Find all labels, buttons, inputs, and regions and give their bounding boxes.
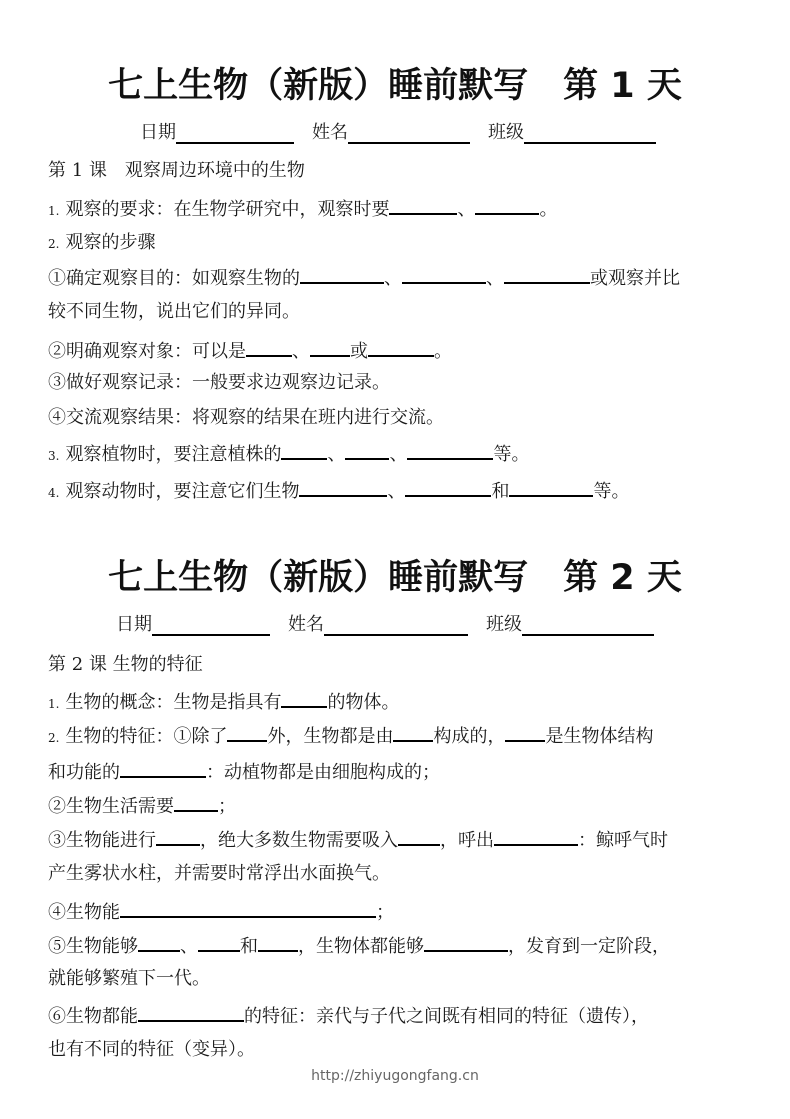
text: 和功能的 (48, 762, 120, 783)
day2-char-4: ④生物能； (48, 898, 394, 926)
text: 。 (539, 199, 557, 220)
text: ，呼出 (440, 830, 494, 851)
day1-item-1: 1.观察的要求：在生物学研究中，观察时要、。 (48, 195, 557, 224)
text: 生物的概念：生物是指具有 (65, 692, 281, 713)
text: 和 (240, 936, 258, 957)
class-label: 班级 (488, 118, 524, 144)
text: ②明确观察对象：可以是 (48, 341, 246, 362)
text: 或观察并比 (590, 268, 680, 289)
blank[interactable] (227, 722, 267, 742)
day1-info-row: 日期 姓名 班级 (140, 118, 674, 144)
text: 、 (180, 936, 198, 957)
text: 或 (350, 341, 368, 362)
item-number: 1. (48, 697, 59, 711)
text: ：鲸呼气时 (578, 830, 668, 851)
name-label: 姓名 (312, 118, 348, 144)
text: 、 (389, 444, 407, 465)
footer-url: http://zhiyugongfang.cn (0, 1068, 790, 1084)
text: 的物体。 (327, 692, 399, 713)
text: ⑤生物能够 (48, 936, 138, 957)
blank[interactable] (156, 826, 200, 846)
day2-char-3-cont: 产生雾状水柱，并需要时常浮出水面换气。 (48, 861, 390, 887)
text: 、 (387, 481, 405, 502)
day1-step-1-cont: 较不同生物，说出它们的异同。 (48, 299, 300, 325)
blank[interactable] (424, 932, 508, 952)
text: 观察动物时，要注意它们生物 (65, 481, 299, 502)
day1-step-4: ④交流观察结果：将观察的结果在班内进行交流。 (48, 405, 444, 431)
blank[interactable] (138, 932, 180, 952)
text: 是生物体结构 (545, 726, 653, 747)
blank[interactable] (120, 898, 376, 918)
blank[interactable] (505, 722, 545, 742)
day2-info-row: 日期 姓名 班级 (116, 610, 672, 636)
text: 、 (292, 341, 310, 362)
day1-step-3: ③做好观察记录：一般要求边观察边记录。 (48, 370, 390, 396)
text: 生物的特征：①除了 (65, 726, 227, 747)
text: 、 (457, 199, 475, 220)
blank[interactable] (246, 337, 292, 357)
item-number: 1. (48, 204, 59, 218)
day1-lesson-heading: 第 1 课 观察周边环境中的生物 (48, 158, 305, 184)
text: ②生物生活需要 (48, 796, 174, 817)
blank[interactable] (368, 337, 434, 357)
text: ，绝大多数生物需要吸入 (200, 830, 398, 851)
blank[interactable] (405, 477, 491, 497)
day2-char-5-cont: 就能够繁殖下一代。 (48, 966, 210, 992)
day2-char-2: ②生物生活需要； (48, 792, 236, 820)
day1-step-2: ②明确观察对象：可以是、或。 (48, 337, 452, 365)
item-number: 4. (48, 486, 59, 500)
blank[interactable] (398, 826, 440, 846)
text: ：动植物都是由细胞构成的； (206, 762, 440, 783)
text: ； (376, 902, 394, 923)
date-label: 日期 (140, 118, 176, 144)
blank[interactable] (299, 477, 387, 497)
text: ③生物能进行 (48, 830, 156, 851)
text: 观察的要求：在生物学研究中，观察时要 (65, 199, 389, 220)
blank[interactable] (504, 264, 590, 284)
day2-char-5: ⑤生物能够、和，生物体都能够，发育到一定阶段， (48, 932, 670, 960)
blank[interactable] (281, 440, 327, 460)
blank[interactable] (174, 792, 218, 812)
date-label: 日期 (116, 610, 152, 636)
text: 观察植物时，要注意植株的 (65, 444, 281, 465)
blank[interactable] (310, 337, 350, 357)
day2-title: 七上生物（新版）睡前默写 第 2 天 (0, 550, 790, 600)
day1-item-4: 4.观察动物时，要注意它们生物、和等。 (48, 477, 629, 506)
text: 、 (327, 444, 345, 465)
text: 、 (486, 268, 504, 289)
text: 观察的步骤 (65, 232, 155, 253)
text: ； (218, 796, 236, 817)
day2-char-3: ③生物能进行，绝大多数生物需要吸入，呼出：鲸呼气时 (48, 826, 668, 854)
name-blank[interactable] (324, 616, 468, 636)
blank[interactable] (407, 440, 493, 460)
blank[interactable] (389, 195, 457, 215)
blank[interactable] (281, 688, 327, 708)
name-blank[interactable] (348, 124, 470, 144)
blank[interactable] (509, 477, 593, 497)
text: 、 (384, 268, 402, 289)
blank[interactable] (475, 195, 539, 215)
text: 等。 (593, 481, 629, 502)
day2-char-6-cont: 也有不同的特征（变异）。 (48, 1037, 255, 1063)
blank[interactable] (258, 932, 298, 952)
date-blank[interactable] (176, 124, 294, 144)
text: ，生物体都能够 (298, 936, 424, 957)
text: 外，生物都是由 (267, 726, 393, 747)
text: 的特征：亲代与子代之间既有相同的特征（遗传）， (244, 1006, 649, 1027)
blank[interactable] (300, 264, 384, 284)
day2-char-6: ⑥生物都能的特征：亲代与子代之间既有相同的特征（遗传）， (48, 1002, 649, 1030)
blank[interactable] (138, 1002, 244, 1022)
class-label: 班级 (486, 610, 522, 636)
day1-item-2: 2.观察的步骤 (48, 230, 155, 257)
item-number: 2. (48, 731, 59, 745)
text: ⑥生物都能 (48, 1006, 138, 1027)
text: 构成的， (433, 726, 505, 747)
name-label: 姓名 (288, 610, 324, 636)
day2-lesson-heading: 第 2 课 生物的特征 (48, 652, 203, 678)
day1-step-1: ①确定观察目的：如观察生物的、、或观察并比 (48, 264, 680, 292)
text: ，发育到一定阶段， (508, 936, 670, 957)
text: 和 (491, 481, 509, 502)
blank[interactable] (345, 440, 389, 460)
date-blank[interactable] (152, 616, 270, 636)
blank[interactable] (198, 932, 240, 952)
day2-item-1: 1.生物的概念：生物是指具有的物体。 (48, 688, 399, 717)
blank[interactable] (494, 826, 578, 846)
day2-item-2: 2.生物的特征：①除了外，生物都是由构成的，是生物体结构 (48, 722, 653, 751)
day1-title: 七上生物（新版）睡前默写 第 1 天 (0, 58, 790, 108)
class-blank[interactable] (524, 124, 656, 144)
item-number: 2. (48, 237, 59, 251)
item-number: 3. (48, 449, 59, 463)
blank[interactable] (393, 722, 433, 742)
text: 等。 (493, 444, 529, 465)
blank[interactable] (402, 264, 486, 284)
blank[interactable] (120, 758, 206, 778)
day1-item-3: 3.观察植物时，要注意植株的、、等。 (48, 440, 529, 469)
text: 。 (434, 341, 452, 362)
day2-item-2-cont: 和功能的：动植物都是由细胞构成的； (48, 758, 440, 786)
class-blank[interactable] (522, 616, 654, 636)
text: ④生物能 (48, 902, 120, 923)
text: ①确定观察目的：如观察生物的 (48, 268, 300, 289)
